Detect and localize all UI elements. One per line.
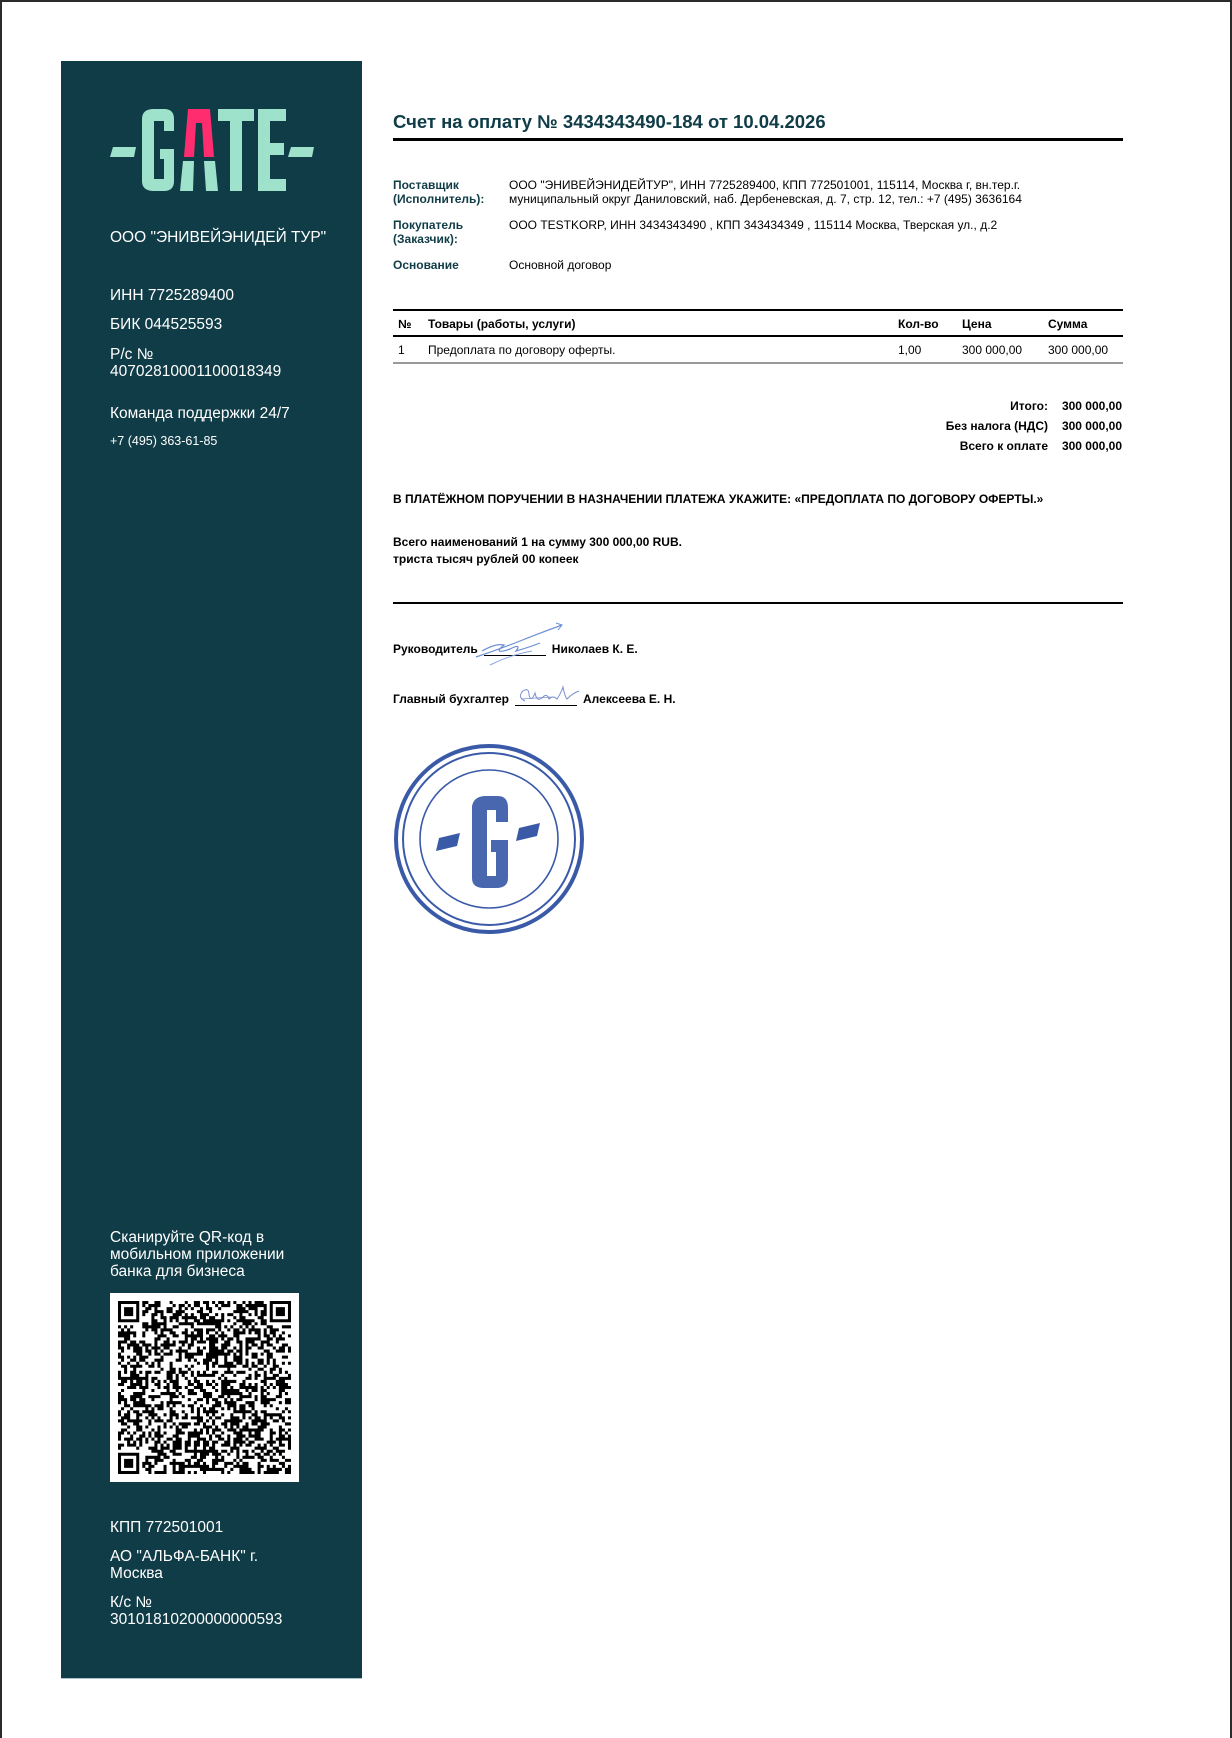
supplier-label: Поставщик (Исполнитель): [393,178,503,206]
sidebar-corr-number: 30101810200000000593 [110,1611,350,1628]
accountant-signature-icon [515,683,585,709]
supplier-line-2: муниципальный округ Даниловский, наб. Де… [509,192,1129,206]
gate-logo-icon [110,109,314,191]
summary-line-1: Всего наименований 1 на сумму 300 000,00… [393,534,682,551]
company-stamp-icon [392,742,586,936]
total-label: Итого: [1010,399,1060,413]
grand-total-row: Всего к оплате 300 000,00 [946,436,1122,456]
sidebar-bank: АО "АЛЬФА-БАНК" г. Москва [110,1548,300,1582]
grand-total-value: 300 000,00 [1060,439,1122,453]
company-sidebar: ООО "ЭНИВЕЙЭНИДЕЙ ТУР" ИНН 7725289400 БИ… [61,61,362,1678]
director-signature-block: Руководитель Николаев К. Е. [393,642,638,656]
col-number: № [393,310,423,336]
signature-divider [393,602,1123,604]
supplier-line-1: ООО "ЭНИВЕЙЭНИДЕЙТУР", ИНН 7725289400, К… [509,178,1129,192]
accountant-signature-line [515,693,577,706]
sidebar-bik: БИК 044525593 [110,316,350,333]
accountant-signature-block: Главный бухгалтер Алексеева Е. Н. [393,692,676,706]
qr-code [110,1293,299,1482]
cell-number: 1 [393,336,423,363]
vat-row: Без налога (НДС) 300 000,00 [946,416,1122,436]
basis-value: Основной договор [509,258,1129,272]
cell-quantity: 1,00 [893,336,957,363]
page-border-left [0,0,2,1738]
totals-block: Итого: 300 000,00 Без налога (НДС) 300 0… [946,396,1122,456]
sidebar-corr-label: К/с № [110,1594,350,1611]
vat-label: Без налога (НДС) [946,419,1060,433]
title-divider [393,138,1123,141]
sidebar-account-label: Р/с № [110,346,350,363]
qr-code-icon [118,1301,291,1474]
grand-total-label: Всего к оплате [960,439,1060,453]
sidebar-kpp: КПП 772501001 [110,1519,350,1536]
sidebar-company-name: ООО "ЭНИВЕЙЭНИДЕЙ ТУР" [110,229,350,246]
table-row: 1 Предоплата по договору оферты. 1,00 30… [393,336,1123,363]
payment-notice: В ПЛАТЁЖНОМ ПОРУЧЕНИИ В НАЗНАЧЕНИИ ПЛАТЕ… [393,492,1043,506]
sidebar-support-title: Команда поддержки 24/7 [110,405,350,422]
total-row: Итого: 300 000,00 [946,396,1122,416]
buyer-label: Покупатель (Заказчик): [393,218,483,246]
summary-line-2: триста тысяч рублей 00 копеек [393,551,682,568]
director-label: Руководитель [393,642,478,656]
qr-caption: Сканируйте QR-код в мобильном приложении… [110,1229,310,1280]
basis-label: Основание [393,258,459,272]
cell-price: 300 000,00 [957,336,1043,363]
cell-goods: Предоплата по договору оферты. [423,336,893,363]
page-border-top [0,0,1232,2]
items-table: № Товары (работы, услуги) Кол-во Цена Су… [393,309,1123,364]
accountant-name: Алексеева Е. Н. [583,692,676,706]
sidebar-inn: ИНН 7725289400 [110,287,350,304]
sidebar-account-number: 40702810001100018349 [110,363,350,380]
col-sum: Сумма [1043,310,1123,336]
col-price: Цена [957,310,1043,336]
total-value: 300 000,00 [1060,399,1122,413]
director-signature-line [484,643,546,656]
director-name: Николаев К. Е. [552,642,638,656]
amount-summary: Всего наименований 1 на сумму 300 000,00… [393,534,682,568]
invoice-title: Счет на оплату № 3434343490-184 от 10.04… [393,111,826,133]
vat-value: 300 000,00 [1060,419,1122,433]
accountant-label: Главный бухгалтер [393,692,509,706]
col-goods: Товары (работы, услуги) [423,310,893,336]
table-header-row: № Товары (работы, услуги) Кол-во Цена Су… [393,310,1123,336]
buyer-value: ООО TESTKORP, ИНН 3434343490 , КПП 34343… [509,218,1129,232]
cell-sum: 300 000,00 [1043,336,1123,363]
sidebar-support-phone: +7 (495) 363-61-85 [110,433,350,450]
col-quantity: Кол-во [893,310,957,336]
